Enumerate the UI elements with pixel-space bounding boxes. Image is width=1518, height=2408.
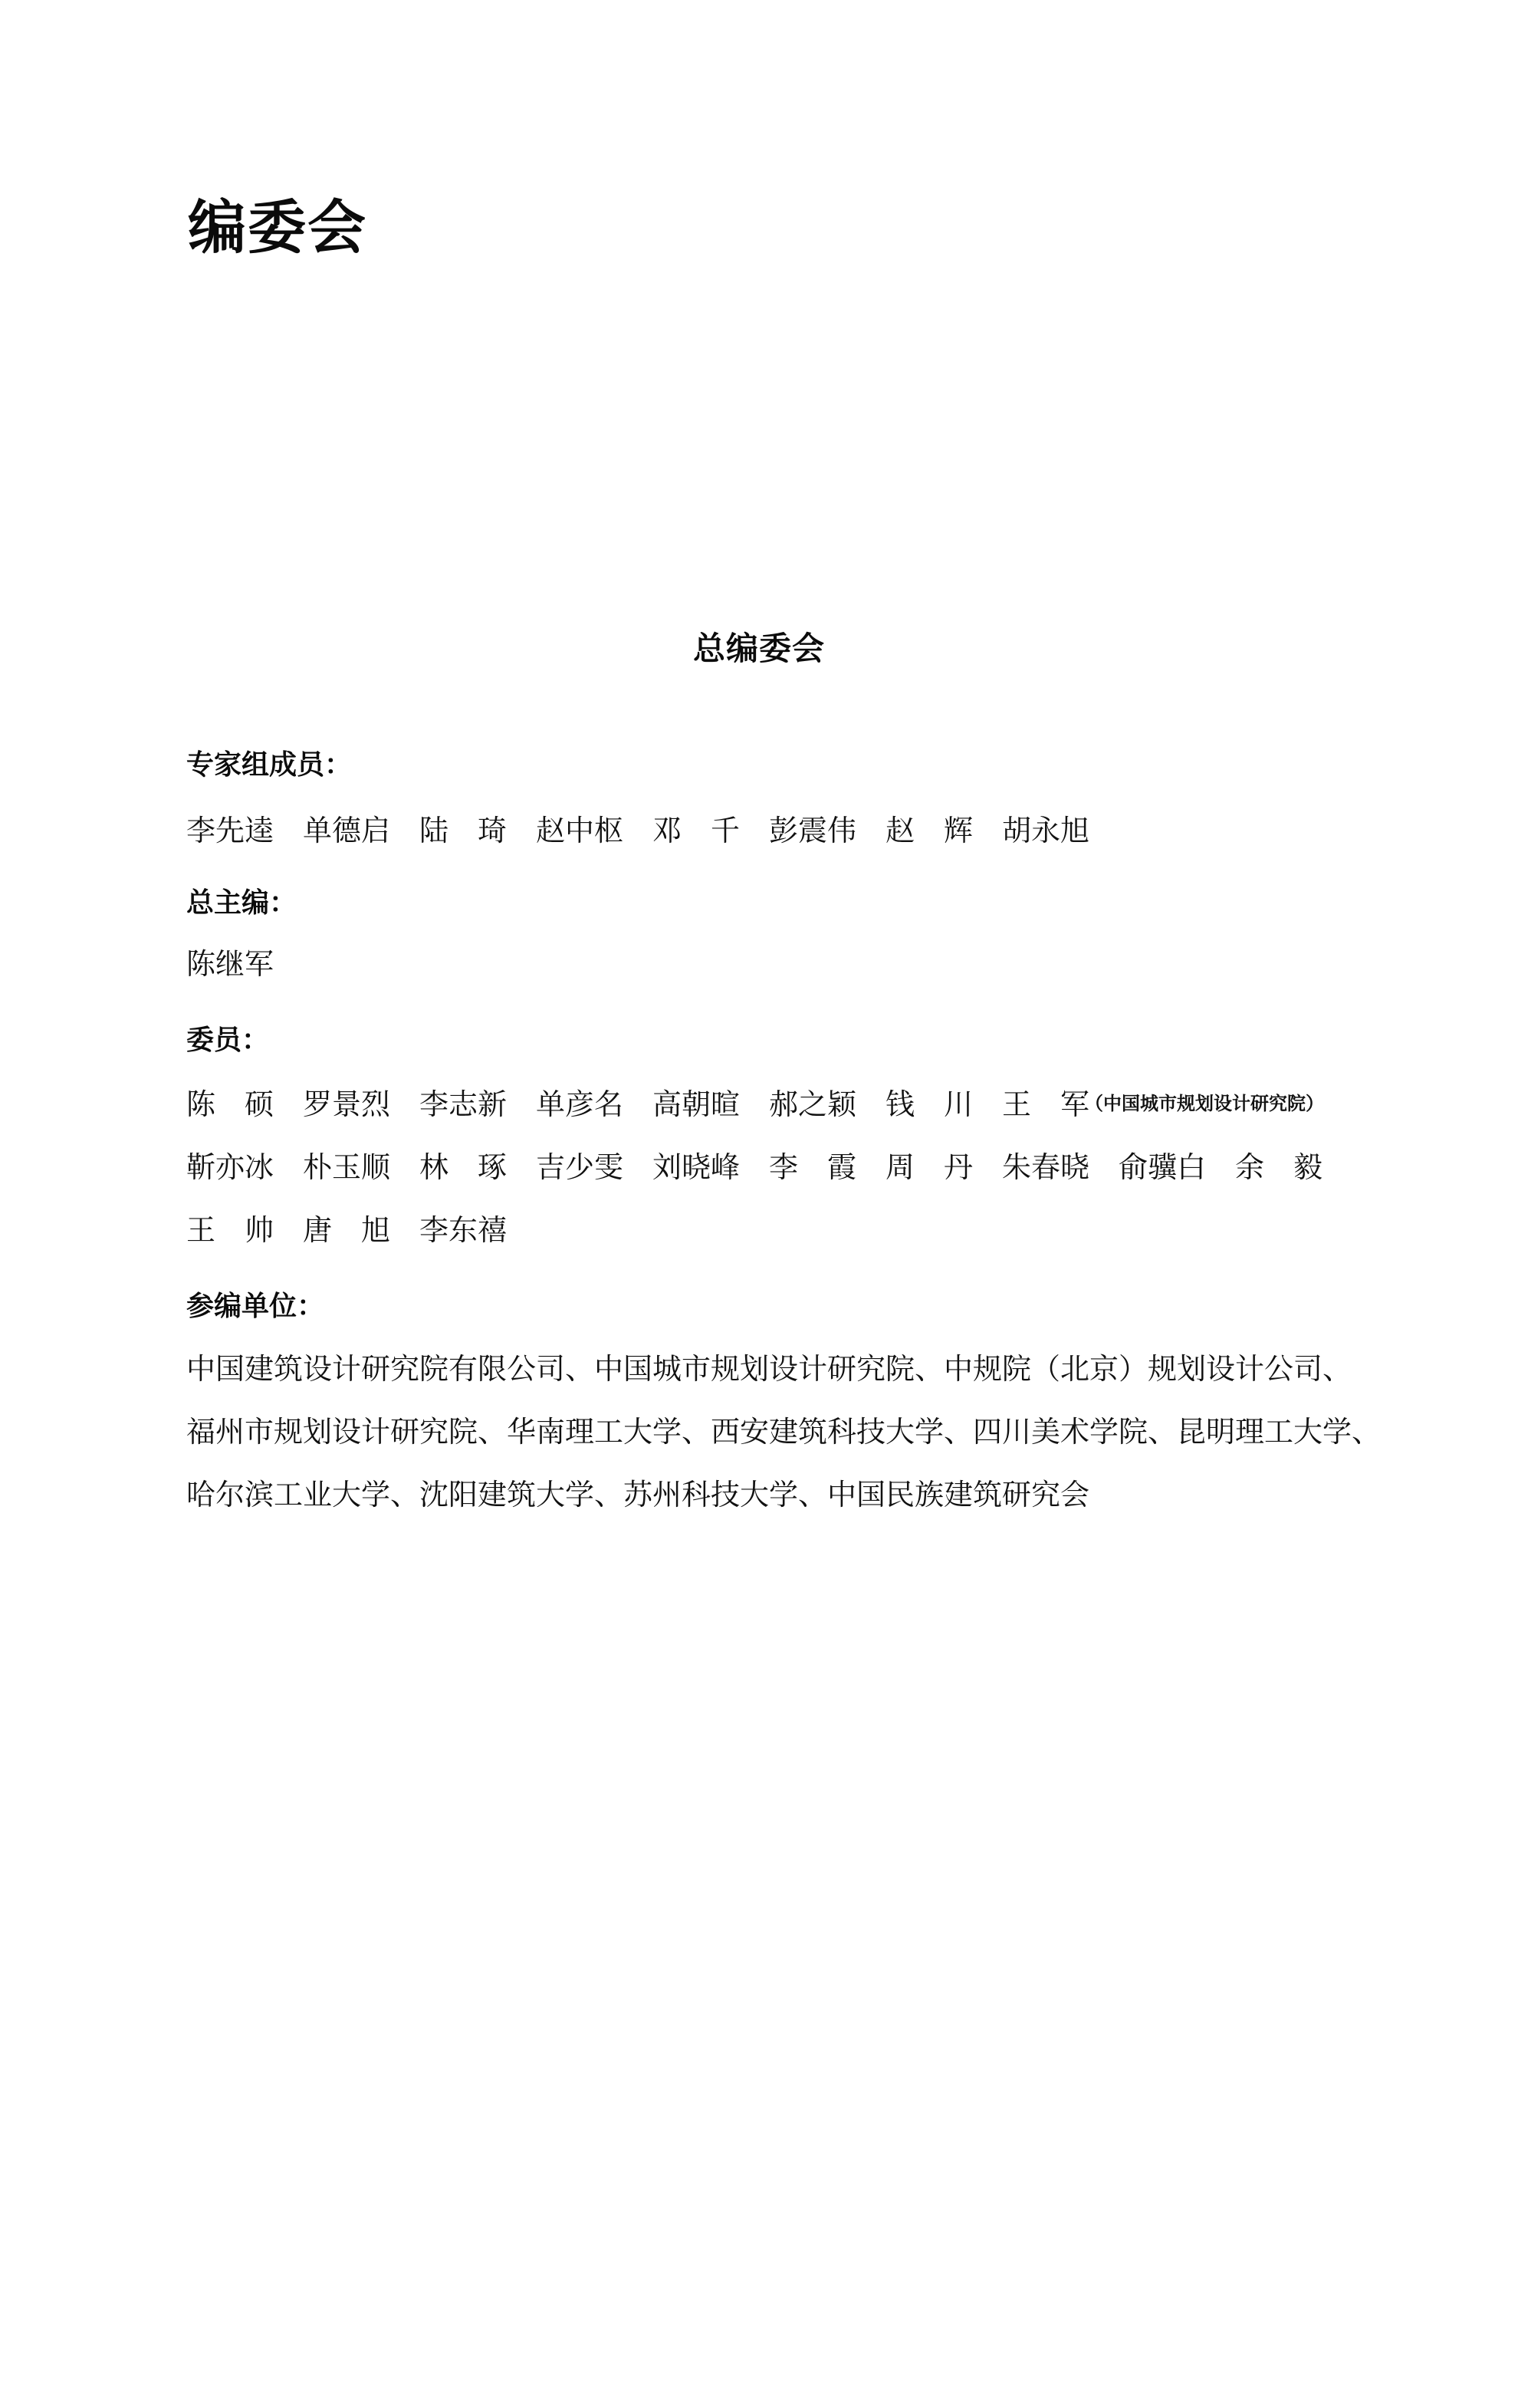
member-name: 王军 — [1002, 1090, 1089, 1119]
committee-content: 专家组成员： 李先逵 单德启 陆琦 赵中枢 邓千 彭震伟 赵辉 胡永旭 总主编：… — [186, 752, 1336, 1511]
expert-name: 胡永旭 — [1002, 816, 1089, 845]
member-name: 周丹 — [886, 1153, 973, 1182]
member-name: 刘晓峰 — [652, 1153, 740, 1182]
expert-group: 专家组成员： 李先逵 单德启 陆琦 赵中枢 邓千 彭震伟 赵辉 胡永旭 — [186, 752, 1336, 845]
member-name: 唐旭 — [303, 1216, 390, 1245]
expert-group-label: 专家组成员： — [186, 752, 1336, 779]
units-line: 福州市规划设计研究院、华南理工大学、西安建筑科技大学、四川美术学院、昆明理工大学… — [186, 1417, 1336, 1448]
member-name: 朱春晓 — [1002, 1153, 1089, 1182]
member-name: 陈硕 — [186, 1090, 274, 1119]
members-group: 委员： 陈硕 罗景烈 李志新 单彦名 高朝暄 郝之颖 钱川 王军 （中国城市规划… — [186, 1027, 1336, 1245]
member-name: 李志新 — [419, 1090, 507, 1119]
chief-editor-group: 总主编： 陈继军 — [186, 890, 1336, 979]
member-name: 郝之颖 — [769, 1090, 856, 1119]
member-name: 高朝暄 — [652, 1090, 740, 1119]
expert-name: 彭震伟 — [769, 816, 856, 845]
member-name: 李霞 — [769, 1153, 856, 1182]
members-row-2: 靳亦冰 朴玉顺 林琢 吉少雯 刘晓峰 李霞 周丹 朱春晓 俞骥白 余毅 — [186, 1151, 1336, 1182]
member-name: 钱川 — [886, 1090, 973, 1119]
members-label: 委员： — [186, 1027, 1336, 1054]
chief-editor-names-row: 陈继军 — [186, 948, 1336, 979]
units-line: 哈尔滨工业大学、沈阳建筑大学、苏州科技大学、中国民族建筑研究会 — [186, 1480, 1336, 1511]
expert-name: 李先逵 — [186, 816, 274, 845]
chief-editor-name: 陈继军 — [186, 949, 274, 979]
member-name: 李东禧 — [419, 1216, 507, 1245]
expert-name: 邓千 — [652, 816, 740, 845]
participating-units-group: 参编单位： 中国建筑设计研究院有限公司、中国城市规划设计研究院、中规院（北京）规… — [186, 1293, 1336, 1511]
member-name: 罗景烈 — [303, 1090, 390, 1119]
expert-name: 赵辉 — [886, 816, 973, 845]
expert-name: 赵中枢 — [536, 816, 623, 845]
units-line: 中国建筑设计研究院有限公司、中国城市规划设计研究院、中规院（北京）规划设计公司、 — [186, 1354, 1336, 1385]
member-name: 靳亦冰 — [186, 1153, 274, 1182]
participating-units-label: 参编单位： — [186, 1293, 1336, 1321]
expert-name: 陆琦 — [419, 816, 507, 845]
members-row-3: 王帅 唐旭 李东禧 — [186, 1214, 1336, 1245]
expert-name: 单德启 — [303, 816, 390, 845]
section-title: 总编委会 — [0, 633, 1518, 665]
expert-names-row: 李先逵 单德启 陆琦 赵中枢 邓千 彭震伟 赵辉 胡永旭 — [186, 814, 1336, 845]
member-name: 吉少雯 — [536, 1153, 623, 1182]
members-row-1: 陈硕 罗景烈 李志新 单彦名 高朝暄 郝之颖 钱川 王军 （中国城市规划设计研究… — [186, 1088, 1336, 1119]
member-name: 俞骥白 — [1119, 1153, 1206, 1182]
page-title: 编委会 — [188, 199, 367, 257]
member-name: 朴玉顺 — [303, 1153, 390, 1182]
member-affiliation-note: （中国城市规划设计研究院） — [1085, 1094, 1324, 1113]
member-name: 林琢 — [419, 1153, 507, 1182]
member-name: 王帅 — [186, 1216, 274, 1245]
member-name: 余毅 — [1235, 1153, 1322, 1182]
member-name: 单彦名 — [536, 1090, 623, 1119]
chief-editor-label: 总主编： — [186, 890, 1336, 917]
